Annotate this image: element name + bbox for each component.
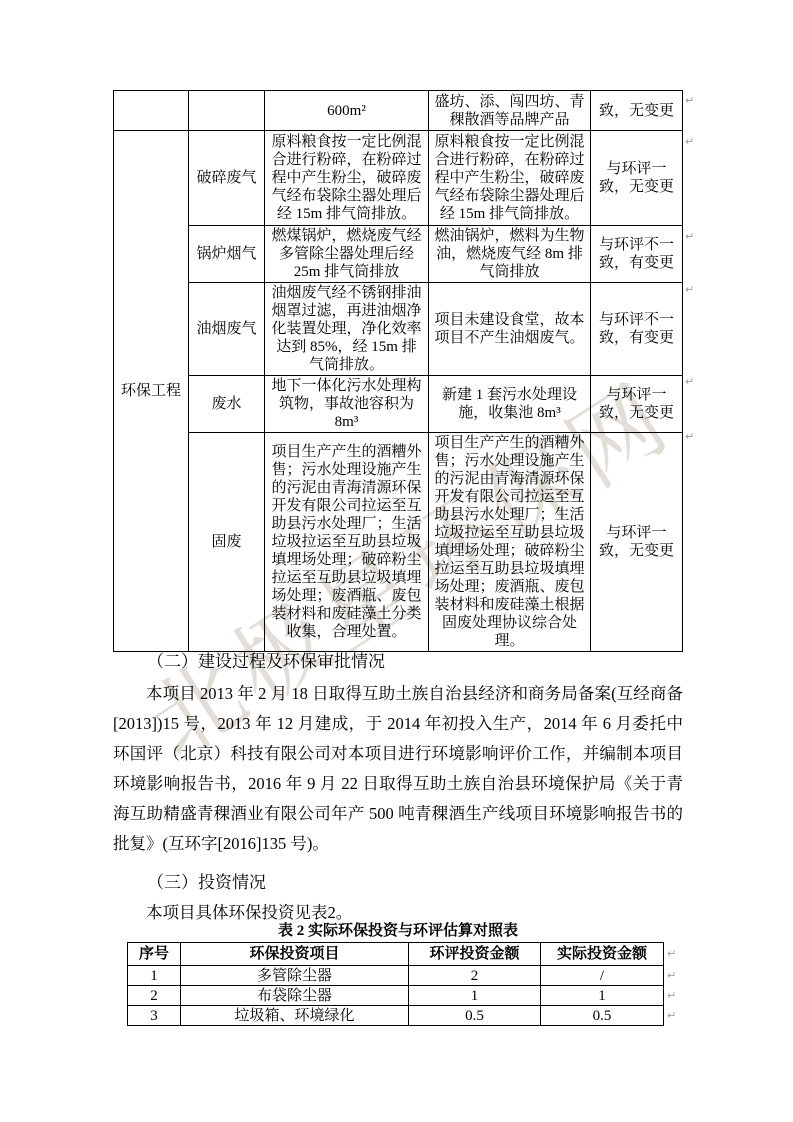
investment-comparison-table: 序号 环保投资项目 环评投资金额 实际投资金额 1 多管除尘器 2 / 2 布袋…	[127, 942, 664, 1026]
return-mark-icon: ↵	[685, 284, 694, 295]
item-label-cell: 油烟废气	[189, 283, 265, 376]
table2-row: 3 垃圾箱、环境绿化 0.5 0.5	[128, 1006, 664, 1026]
item-label-cell: 废水	[189, 376, 265, 433]
conclusion-cell: 与环评一致，无变更	[591, 433, 683, 652]
table2-cell: 1	[409, 986, 541, 1006]
row-group-label-cell: 环保工程	[114, 131, 189, 652]
return-mark-icon: ↵	[685, 231, 694, 242]
conclusion-cell: 与环评一致，无变更	[591, 131, 683, 226]
table2-cell: 多管除尘器	[181, 966, 409, 986]
empty-cell	[189, 91, 265, 131]
table-row-crushing-gas: 环保工程 破碎废气 原料粮食按一定比例混合进行粉碎，在粉碎过程中产生粉尘，破碎废…	[114, 131, 683, 226]
return-mark-icon: ↵	[667, 948, 676, 959]
table2-cell: 1	[128, 966, 181, 986]
approved-cell: 原料粮食按一定比例混合进行粉碎，在粉碎过程中产生粉尘，破碎废气经布袋除尘器处理后…	[265, 131, 429, 226]
table2-header-actual: 实际投资金额	[541, 943, 664, 966]
approved-cell: 地下一体化污水处理构筑物，事故池容积为 8m³	[265, 376, 429, 433]
item-label-cell: 锅炉烟气	[189, 226, 265, 283]
table2-row: 2 布袋除尘器 1 1	[128, 986, 664, 1006]
table-row-carryover: 600m² 盛坊、添、闯四坊、青稞散酒等品牌产品 致，无变更	[114, 91, 683, 131]
table2-cell: 1	[541, 986, 664, 1006]
table2-cell: 2	[409, 966, 541, 986]
conclusion-cell: 致，无变更	[591, 91, 683, 131]
table2-cell: 0.5	[409, 1006, 541, 1026]
table2-row: 1 多管除尘器 2 /	[128, 966, 664, 986]
item-label-cell: 固废	[189, 433, 265, 652]
conclusion-cell: 与环评不一致，有变更	[591, 283, 683, 376]
table-row-solid-waste: 固废 项目生产产生的酒糟外售；污水处理设施产生的污泥由青海清源环保开发有限公司拉…	[114, 433, 683, 652]
table2-title: 表 2 实际环保投资与环评估算对照表	[113, 919, 683, 940]
approved-cell: 项目生产产生的酒糟外售；污水处理设施产生的污泥由青海清源环保开发有限公司拉运至互…	[265, 433, 429, 652]
table2-cell: 布袋除尘器	[181, 986, 409, 1006]
conclusion-cell: 与环评一致，无变更	[591, 376, 683, 433]
table2-header-index: 序号	[128, 943, 181, 966]
env-protection-comparison-table: 600m² 盛坊、添、闯四坊、青稞散酒等品牌产品 致，无变更 环保工程 破碎废气…	[113, 90, 683, 652]
actual-cell: 盛坊、添、闯四坊、青稞散酒等品牌产品	[429, 91, 591, 131]
approved-cell: 600m²	[265, 91, 429, 131]
return-mark-icon: ↵	[667, 990, 676, 1001]
return-mark-icon: ↵	[685, 376, 694, 387]
table-row-wastewater: 废水 地下一体化污水处理构筑物，事故池容积为 8m³ 新建 1 套污水处理设施，…	[114, 376, 683, 433]
section3-heading: （三）投资情况	[113, 871, 683, 895]
table2-header-item: 环保投资项目	[181, 943, 409, 966]
return-mark-icon: ↵	[667, 1010, 676, 1021]
item-label-cell: 破碎废气	[189, 131, 265, 226]
return-mark-icon: ↵	[685, 95, 694, 106]
table2-cell: 0.5	[541, 1006, 664, 1026]
return-mark-icon: ↵	[685, 431, 694, 442]
actual-cell: 燃油锅炉，燃料为生物油，燃烧废气经 8m 排气筒排放	[429, 226, 591, 283]
actual-cell: 项目生产产生的酒糟外售；污水处理设施产生的污泥由青海清源环保开发有限公司拉运至互…	[429, 433, 591, 652]
approved-cell: 油烟废气经不锈钢排油烟罩过滤，再进油烟净化装置处理，净化效率达到 85%，经 1…	[265, 283, 429, 376]
return-mark-icon: ↵	[667, 970, 676, 981]
section2-paragraph: 本项目 2013 年 2 月 18 日取得互助土族自治县经济和商务局备案(互经商…	[113, 679, 683, 859]
table-row-fume-gas: 油烟废气 油烟废气经不锈钢排油烟罩过滤，再进油烟净化装置处理，净化效率达到 85…	[114, 283, 683, 376]
section2-heading: （二）建设过程及环保审批情况	[113, 650, 683, 674]
actual-cell: 项目未建设食堂，故本项目不产生油烟废气。	[429, 283, 591, 376]
table2-cell: /	[541, 966, 664, 986]
table2-cell: 垃圾箱、环境绿化	[181, 1006, 409, 1026]
conclusion-cell: 与环评不一致，有变更	[591, 226, 683, 283]
empty-cell	[114, 91, 189, 131]
table2-header-eia: 环评投资金额	[409, 943, 541, 966]
actual-cell: 新建 1 套污水处理设施，收集池 8m³	[429, 376, 591, 433]
document-page: 北极星环保网 600m² 盛坊、添、闯四坊、青稞散酒等品牌产品 致，无变更 环保…	[0, 0, 793, 1122]
table2-header-row: 序号 环保投资项目 环评投资金额 实际投资金额	[128, 943, 664, 966]
approved-cell: 燃煤锅炉，燃烧废气经多管除尘器处理后经 25m 排气筒排放	[265, 226, 429, 283]
return-mark-icon: ↵	[685, 136, 694, 147]
table2-cell: 3	[128, 1006, 181, 1026]
actual-cell: 原料粮食按一定比例混合进行粉碎，在粉碎过程中产生粉尘，破碎废气经布袋除尘器处理后…	[429, 131, 591, 226]
table-row-boiler-smoke: 锅炉烟气 燃煤锅炉，燃烧废气经多管除尘器处理后经 25m 排气筒排放 燃油锅炉，…	[114, 226, 683, 283]
table2-cell: 2	[128, 986, 181, 1006]
